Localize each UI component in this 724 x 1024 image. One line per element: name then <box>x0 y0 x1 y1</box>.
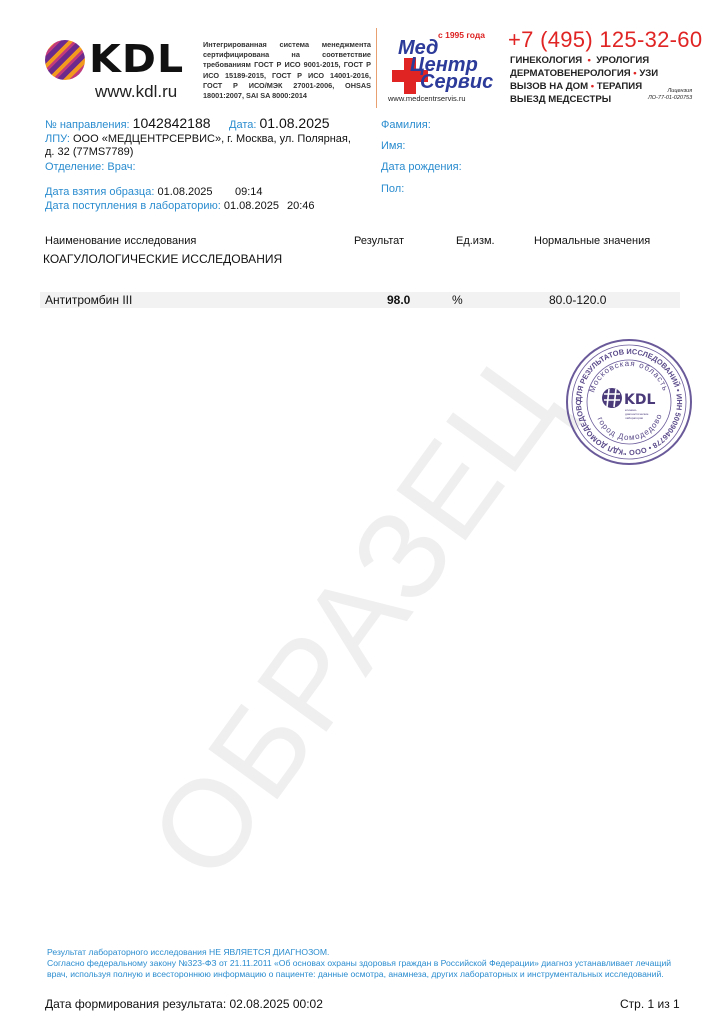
svg-text:KDL: KDL <box>624 392 655 408</box>
sample-date: 01.08.2025 <box>157 186 212 198</box>
lab-stamp: ДЛЯ РЕЗУЛЬТАТОВ ИССЛЕДОВАНИЙ • ИНН 50090… <box>563 338 695 466</box>
watermark-sample: ОБРАЗЕЦ <box>107 316 604 925</box>
test-name: Антитромбин III <box>45 293 132 307</box>
date-line: Дата: 01.08.2025 <box>229 117 330 132</box>
received-date: 01.08.2025 <box>224 200 279 212</box>
lpu-value: ООО «МЕДЦЕНТРСЕРВИС», г. Москва, ул. Пол… <box>73 133 351 145</box>
kdl-logo-text: KDL <box>89 37 184 81</box>
kdl-website-link[interactable]: www.kdl.ru <box>95 82 177 102</box>
department-label: Отделение: <box>45 161 104 173</box>
received-time: 20:46 <box>287 200 315 213</box>
kdl-logo: KDL <box>45 38 185 82</box>
test-unit: % <box>452 293 463 307</box>
order-date: 01.08.2025 <box>259 115 329 131</box>
received-date-line: Дата поступления в лабораторию: 01.08.20… <box>45 200 279 213</box>
patient-surname-label: Фамилия: <box>381 119 431 132</box>
section-title: КОАГУЛОЛОГИЧЕСКИЕ ИССЛЕДОВАНИЯ <box>43 252 282 266</box>
referral-line: № направления: 1042842188 <box>45 117 211 132</box>
lpu-line: ЛПУ: ООО «МЕДЦЕНТРСЕРВИС», г. Москва, ул… <box>45 133 351 146</box>
test-reference: 80.0-120.0 <box>549 293 606 307</box>
page-number: Стр. 1 из 1 <box>620 997 680 1011</box>
partner-logo-name: Мед Центр Сервис <box>398 40 490 91</box>
header-divider <box>376 28 377 108</box>
certification-text: Интегрированная система менеджмента серт… <box>203 40 371 101</box>
doctor-label: Врач: <box>107 161 135 173</box>
received-date-label: Дата поступления в лабораторию: <box>45 200 221 212</box>
partner-since: с 1995 года <box>438 30 485 40</box>
partner-license: Лицензия ЛО-77-01-020753 <box>648 88 692 102</box>
partner-services: ГИНЕКОЛОГИЯ • УРОЛОГИЯ ДЕРМАТОВЕНЕРОЛОГИ… <box>510 54 658 106</box>
generation-date: Дата формирования результата: 02.08.2025… <box>45 997 323 1011</box>
disclaimer-line-2: Согласно федеральному закону №323-ФЗ от … <box>47 958 687 980</box>
lpu-label: ЛПУ: <box>45 133 70 145</box>
partner-phone[interactable]: +7 (495) 125-32-60 <box>508 27 702 53</box>
sample-date-label: Дата взятия образца: <box>45 186 154 198</box>
test-result: 98.0 <box>387 293 410 307</box>
col-unit: Ед.изм. <box>456 235 495 247</box>
patient-name-label: Имя: <box>381 140 405 153</box>
patient-birthdate-label: Дата рождения: <box>381 161 462 174</box>
disclaimer-line-1: Результат лабораторного исследования НЕ … <box>47 947 687 958</box>
date-label: Дата: <box>229 119 256 131</box>
col-result: Результат <box>354 235 404 247</box>
svg-text:лаборатории: лаборатории <box>625 416 643 420</box>
referral-label: № направления: <box>45 119 130 131</box>
partner-website-link[interactable]: www.medcentrservis.ru <box>388 94 466 103</box>
col-reference: Нормальные значения <box>534 235 650 247</box>
lpu-address-cont: д. 32 (77MS7789) <box>45 146 133 159</box>
kdl-sphere-icon <box>45 40 85 80</box>
sample-date-line: Дата взятия образца: 01.08.2025 <box>45 186 213 199</box>
patient-sex-label: Пол: <box>381 183 404 196</box>
sample-time: 09:14 <box>235 186 263 199</box>
disclaimer: Результат лабораторного исследования НЕ … <box>47 947 687 980</box>
department-doctor-line: Отделение: Врач: <box>45 161 136 174</box>
referral-number: 1042842188 <box>133 115 211 131</box>
col-test-name: Наименование исследования <box>45 235 196 247</box>
